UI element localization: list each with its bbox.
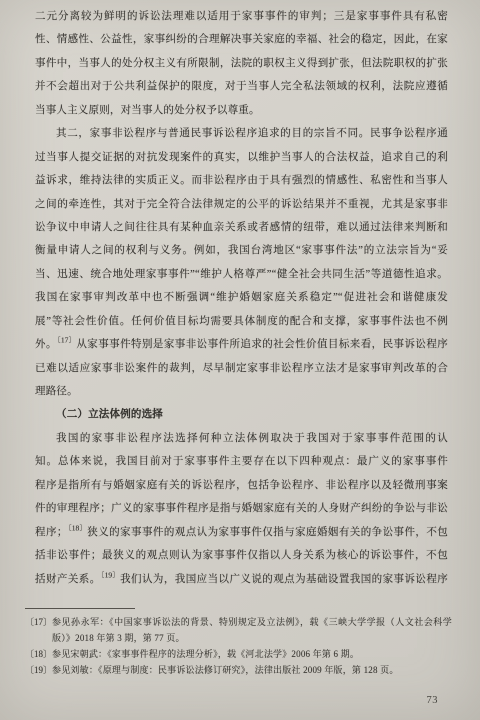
footnote-marker: 〔19〕 — [25, 662, 52, 678]
body-line: 二元分离较为鲜明的诉讼法理难以适用于家事事件的审判；三是家事事件具有私密 — [35, 5, 448, 28]
body-text-segment: 我们认为，我国应当以广义说的观点为基础设置我国的家事诉讼程序 — [120, 574, 448, 585]
body-text-segment: 外。 — [35, 339, 57, 350]
footnote-19: 〔19〕 参见刘敏：《原理与制度：民事诉讼法修订研究》，法律出版社 2009 年… — [25, 662, 452, 678]
body-line: 我国的家事非讼程序法选择何种立法体例取决于我国对于家事事件范围的认 — [35, 427, 448, 450]
body-line: 程序是指所有与婚姻家庭有关的诉讼程序，包括争讼程序、非讼程序以及轻微刑事案 — [35, 474, 448, 497]
paragraph-1: 二元分离较为鲜明的诉讼法理难以适用于家事事件的审判；三是家事事件具有私密 性、情… — [35, 5, 448, 122]
body-line: 已难以适应家事非讼案件的裁判，尽早制定家事非讼程序立法才是家事审判改革的合 — [35, 357, 448, 380]
body-text-segment: 程序； — [35, 527, 68, 538]
body-line: 外。〔17〕从家事事件特别是家事非讼事件所追求的社会性价值目标来看，民事诉讼程序 — [35, 333, 448, 356]
body-line: 括财产关系。〔19〕我们认为，我国应当以广义说的观点为基础设置我国的家事诉讼程序 — [35, 568, 448, 591]
footnote-text: 参见刘敏：《原理与制度：民事诉讼法修订研究》，法律出版社 2009 年版，第 1… — [52, 662, 452, 678]
body-line: 事件中，当事人的处分权主义有所限制，法院的职权主义得到扩张，但法院职权的扩张 — [35, 52, 448, 75]
footnote-separator — [25, 608, 135, 609]
footnotes: 〔17〕 参见孙永军：《中国家事诉讼法的背景、特别规定及立法例》，载《三峡大学学… — [25, 614, 452, 678]
body-line: 我国在家事审判改革中也不断强调“维护婚姻家庭关系稳定”“促进社会和谐健康发 — [35, 286, 448, 309]
body-line: 益诉求，维持法律的实质正义。而非讼程序由于具有强烈的情感性、私密性和当事人 — [35, 169, 448, 192]
footnote-17: 〔17〕 参见孙永军：《中国家事诉讼法的背景、特别规定及立法例》，载《三峡大学学… — [25, 614, 452, 646]
body-line: 性、情感性、公益性，家事纠纷的合理解决事关家庭的幸福、社会的稳定，因此，在家事 — [35, 28, 448, 51]
paragraph-3: 我国的家事非讼程序法选择何种立法体例取决于我国对于家事事件范围的认 知。总体来说… — [35, 427, 448, 591]
body-line: 讼争议中申请人之间往往具有某种血亲关系或者感情的纽带，难以通过法律来判断和 — [35, 216, 448, 239]
body-line: 括非讼事件；最狭义的观点则认为家事事件仅指以人身关系为核心的诉讼事件，不包 — [35, 544, 448, 567]
body-line: 其二，家事非讼程序与普通民事诉讼程序追求的目的宗旨不同。民事争讼程序通 — [35, 122, 448, 145]
footnote-marker: 〔18〕 — [25, 646, 52, 662]
body-line: 当、迅速、统合地处理家事事件”“维护人格尊严”“健全社会共同生活”等道德性追求。 — [35, 263, 448, 286]
body-line: 程序；〔18〕狭义的家事事件的观点认为家事事件仅指与家庭婚姻有关的争讼事件，不包 — [35, 521, 448, 544]
body-line: 并不会超出对于公共利益保护的限度，对于当事人完全私法领域的权利，法院应遵循 — [35, 75, 448, 98]
footnote-marker: 〔17〕 — [25, 614, 52, 630]
footnote-ref-18: 〔18〕 — [68, 523, 88, 532]
section-heading: （二）立法体例的选择 — [35, 403, 448, 426]
body-line: 展”等社会性价值。任何价值目标均需要具体制度的配合和支撑，家事事件法也不例 — [35, 310, 448, 333]
footnote-ref-19: 〔19〕 — [101, 570, 120, 579]
body-line: 知。总体来说，我国目前对于家事事件主要存在以下四种观点：最广义的家事事件 — [35, 450, 448, 473]
footnote-text: 参见孙永军：《中国家事诉讼法的背景、特别规定及立法例》，载《三峡大学学报（人文社… — [52, 614, 452, 646]
body-line: 件的审理程序；广义的家事事件程序是指与婚姻家庭有关的人身财产纠纷的争讼与非讼 — [35, 497, 448, 520]
footnote-18: 〔18〕 参见宋朝武：《家事事件程序的法理分析》，载《河北法学》2006 年第 … — [25, 646, 452, 662]
document-page: 二元分离较为鲜明的诉讼法理难以适用于家事事件的审判；三是家事事件具有私密 性、情… — [0, 0, 480, 720]
body-text-segment: 从家事事件特别是家事非讼事件所追求的社会性价值目标来看，民事诉讼程序 — [76, 339, 448, 350]
body-line: 衡量申请人之间的权利与义务。例如，我国台湾地区“家事事件法”的立法宗旨为“妥 — [35, 239, 448, 262]
page-number: 73 — [427, 695, 439, 706]
body-text-segment: 括财产关系。 — [35, 574, 101, 585]
body-text-segment: 狭义的家事事件的观点认为家事事件仅指与家庭婚姻有关的争讼事件，不包 — [87, 527, 448, 538]
body-line: 之间的牵连性，其对于完全符合法律规定的公平的诉讼结果并不重视，尤其是家事非 — [35, 193, 448, 216]
body-text: 二元分离较为鲜明的诉讼法理难以适用于家事事件的审判；三是家事事件具有私密 性、情… — [35, 5, 448, 591]
footnote-text: 参见宋朝武：《家事事件程序的法理分析》，载《河北法学》2006 年第 6 期。 — [52, 646, 452, 662]
footnote-ref-17: 〔17〕 — [57, 336, 76, 345]
body-line: 过当事人提交证据的对抗发现案件的真实，以维护当事人的合法权益，追求自己的利 — [35, 146, 448, 169]
body-line: 当事人主义原则，对当事人的处分权予以尊重。 — [35, 99, 448, 122]
body-line: 理路径。 — [35, 380, 448, 403]
paragraph-2: 其二，家事非讼程序与普通民事诉讼程序追求的目的宗旨不同。民事争讼程序通 过当事人… — [35, 122, 448, 403]
